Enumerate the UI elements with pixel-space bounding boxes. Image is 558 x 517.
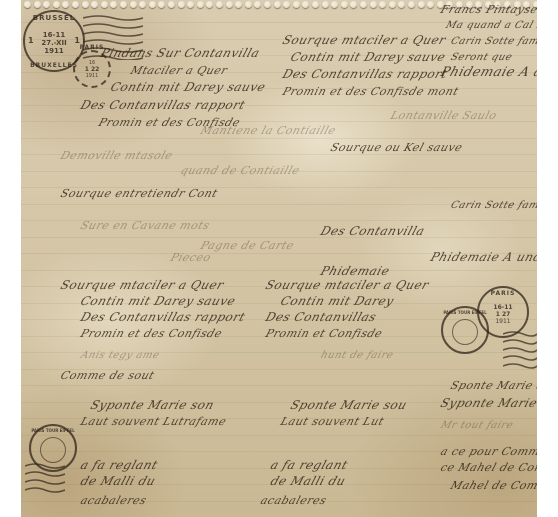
binding-hole (91, 1, 98, 8)
handwritten-line: Mahel de Commun (449, 479, 537, 492)
handwritten-line: Promin et des Confisde mont (281, 85, 461, 98)
handwritten-line: a fa reglant (269, 458, 350, 472)
handwritten-line: Sourque ou Kel sauve (329, 141, 465, 154)
binding-hole (53, 1, 60, 8)
ruled-line (21, 270, 537, 271)
binding-hole (254, 1, 261, 8)
handwritten-line: Des Contanvillas rapport (79, 310, 248, 324)
binding-hole (235, 1, 242, 8)
binding-hole (197, 1, 204, 8)
handwritten-line: Carin Sotte famm (449, 200, 537, 211)
binding-hole (206, 1, 213, 8)
handwritten-line: acabaleres (79, 494, 149, 507)
binding-hole (120, 1, 127, 8)
handwritten-line: Syponte Marie son (89, 398, 216, 412)
handwritten-line: Des Contanvilla (319, 224, 427, 238)
postmark-line1: 16-11 (493, 304, 512, 311)
binding-hole (274, 1, 281, 8)
handwritten-line: Carin Sotte famm (449, 36, 537, 47)
handwritten-line: Sourque mtaciler a Quer (281, 33, 448, 47)
postmark-line2: 1 27 (496, 311, 511, 318)
binding-hole (139, 1, 146, 8)
handwritten-line: Des Contanvillas (264, 310, 379, 324)
handwritten-line: Ma quand a Cal Deput (444, 20, 537, 31)
handwritten-line: hunt de faire (319, 350, 395, 361)
ruled-line (21, 237, 537, 238)
binding-hole (331, 1, 338, 8)
binding-hole (264, 1, 271, 8)
postmark-line3: 1911 (44, 47, 63, 55)
handwritten-line: Phidemaie A unde (429, 250, 537, 264)
handwritten-line: Sure en Cavane mots (79, 219, 212, 232)
ruled-line (21, 435, 537, 436)
handwritten-line: Syponte Marie son Avenue (439, 396, 537, 410)
postmark-line1: 16-11 (43, 31, 65, 39)
handwritten-line: a ce pour Comme (439, 445, 537, 458)
postmark-top-text: PARIS (80, 44, 105, 51)
handwritten-line: acabaleres (259, 494, 329, 507)
handwritten-line: Mr tout faire (439, 420, 515, 431)
handwritten-line: Mtaciler a Quer (129, 64, 229, 77)
postmark-inner-ring (452, 319, 478, 345)
binding-hole (168, 1, 175, 8)
tour-eiffel-postmark-right: PARIS TOUR EIFFEL (441, 306, 489, 354)
postmark-top-text: BRUSSEL (33, 14, 75, 22)
postmark-top-text: PARIS TOUR EIFFEL (31, 428, 74, 433)
postmark-side-left: 1 (28, 36, 34, 45)
handwritten-line: Pieceo (169, 251, 213, 264)
postmark-line2: 27.-XII (41, 39, 66, 47)
binding-hole (158, 1, 165, 8)
postmark-line3: 1911 (495, 318, 510, 325)
binding-hole (379, 1, 386, 8)
binding-hole (322, 1, 329, 8)
postmark-inner-ring (40, 437, 66, 463)
postmark-top-text: PARIS (491, 290, 516, 297)
handwritten-line: Sponte Marie sou (289, 398, 409, 412)
handwritten-line: Lontanville Saulo (389, 109, 499, 122)
postmark-line3: 1911 (86, 73, 99, 79)
binding-hole (43, 1, 50, 8)
binding-hole (130, 1, 137, 8)
binding-hole (341, 1, 348, 8)
binding-hole (72, 1, 79, 8)
handwritten-line: de Malli du (79, 474, 158, 488)
handwritten-line: Des Contanvillas rapport (281, 67, 450, 81)
handwritten-line: Laut souvent Lutrafame (79, 415, 228, 428)
binding-hole (245, 1, 252, 8)
handwritten-line: Sourque mtaciler a Quer (59, 278, 226, 292)
handwritten-line: Comme de sout (59, 369, 156, 382)
handwritten-line: Promin et des Confisde (79, 327, 224, 340)
handwritten-line: Francs Pintayse Marie (439, 3, 537, 16)
handwritten-line: Contin mit Darey (279, 294, 396, 308)
binding-hole (216, 1, 223, 8)
handwritten-line: Seront que (449, 52, 514, 63)
handwritten-line: Phidemaie A andre (439, 65, 537, 80)
binding-hole (82, 1, 89, 8)
handwritten-line: Promin et des Confisde (97, 116, 242, 129)
handwritten-line: ce Mahel de Commun (439, 461, 537, 474)
binding-hole (398, 1, 405, 8)
handwritten-line: a fa reglant (79, 458, 160, 472)
binding-hole (187, 1, 194, 8)
binding-hole (370, 1, 377, 8)
binding-hole (389, 1, 396, 8)
binding-hole (350, 1, 357, 8)
binding-hole (427, 1, 434, 8)
ruled-line (21, 138, 537, 139)
handwritten-line: Phidemaie (319, 264, 392, 278)
binding-hole (226, 1, 233, 8)
vintage-letter-paper: Demoville mtasolequand de ContiailleSure… (21, 0, 537, 517)
binding-hole (418, 1, 425, 8)
handwritten-line: Des Contanvillas rapport (79, 98, 248, 112)
binding-hole (312, 1, 319, 8)
handwritten-line: Sourque entretiendr Cont (59, 187, 220, 200)
handwritten-line: Demoville mtasole (59, 149, 175, 162)
binding-hole (283, 1, 290, 8)
binding-hole (24, 1, 31, 8)
binding-hole (110, 1, 117, 8)
handwritten-line: Sourque mtaciler a Quer (264, 278, 431, 292)
handwritten-line: Anis tegy ame (79, 350, 161, 361)
postmark-top-text: PARIS TOUR EIFFEL (443, 310, 486, 315)
binding-hole (178, 1, 185, 8)
handwritten-line: Pagne de Carte (199, 239, 296, 252)
left-cancellation-lines (25, 462, 65, 496)
paris-postmark-top: PARIS 16 1 22 1911 (73, 50, 111, 88)
ruled-line (21, 88, 537, 89)
binding-hole (62, 1, 69, 8)
handwritten-line: Promin et Confisde (264, 327, 384, 340)
handwritten-line: quand de Contiaille (179, 164, 302, 177)
handwritten-line: Contin mit Darey sauve (79, 294, 238, 308)
handwritten-line: Sponte Marie am Kusseaux (449, 379, 537, 392)
binding-hole (302, 1, 309, 8)
binding-hole (34, 1, 41, 8)
binding-hole (293, 1, 300, 8)
handwritten-line: de Malli du (269, 474, 348, 488)
right-cancellation-lines (503, 330, 537, 370)
handwritten-line: Contin mit Darey sauve (109, 80, 268, 94)
binding-hole (408, 1, 415, 8)
postmark-line2: 1 22 (85, 66, 100, 73)
handwritten-line: Laut souvent Lut (279, 415, 386, 428)
postmark-bottom-text: BRUXELLES (30, 62, 78, 69)
binding-hole (101, 1, 108, 8)
binding-hole (149, 1, 156, 8)
handwritten-line: Contin mit Darey sauve (289, 50, 448, 64)
binding-hole (360, 1, 367, 8)
